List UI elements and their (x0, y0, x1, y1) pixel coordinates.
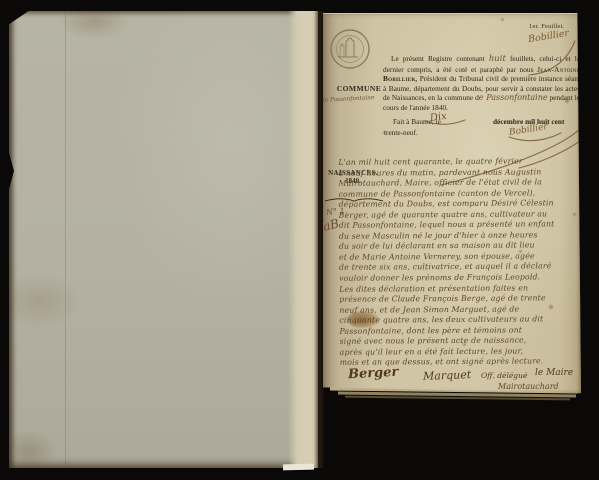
folio-signature: Bobillier (527, 28, 569, 45)
foxing-spot (549, 305, 553, 309)
act-body: L'an mil huit cent quarante, le quatre f… (338, 156, 565, 369)
handwritten-fill-commune: e Passonfontaine (479, 93, 548, 102)
page-corner-sliver (283, 464, 314, 471)
edge-notch (8, 149, 14, 193)
register-scan: 1er. Feuillet. Bobillier COMMUNE de Pass… (0, 0, 599, 480)
foxing-spot (501, 18, 504, 21)
margin-initials: aB (322, 216, 341, 233)
ink-stain (347, 311, 379, 328)
commune-label: COMMUNE (333, 84, 385, 93)
register-page: 1er. Feuillet. Bobillier COMMUNE de Pass… (323, 13, 581, 395)
gutter-shadow (314, 11, 324, 468)
president-first-name: Jean-Antoine (537, 65, 580, 74)
signature-mairotauchard: Mairotauchard (498, 382, 559, 391)
foxing-spot (383, 131, 386, 134)
preamble-paragraph: Le présent Registre contenant huit feuil… (383, 54, 580, 112)
left-page-blank (9, 11, 318, 468)
preamble-text: Le présent Registre contenant (391, 54, 489, 63)
foxing-spot (565, 99, 569, 103)
corner-notch (8, 10, 30, 25)
handwritten-fill-day: Dix (429, 111, 447, 124)
issuance-text: trente-neuf. (384, 128, 418, 137)
foxing-spot (519, 250, 522, 253)
foxing-spot (573, 213, 576, 216)
signature-marquet: Marquet (423, 368, 472, 383)
signature-title: Off. délégué (481, 371, 527, 380)
signature-maire-title: le Maire (535, 368, 573, 378)
president-last-name: Bobillier, (383, 74, 417, 83)
handwritten-fill-sheets: huit (489, 54, 506, 64)
revenue-stamp-icon (328, 26, 372, 72)
page-crease (65, 11, 66, 468)
foxing-spot (463, 343, 466, 346)
signature-berger: Berger (348, 365, 399, 383)
